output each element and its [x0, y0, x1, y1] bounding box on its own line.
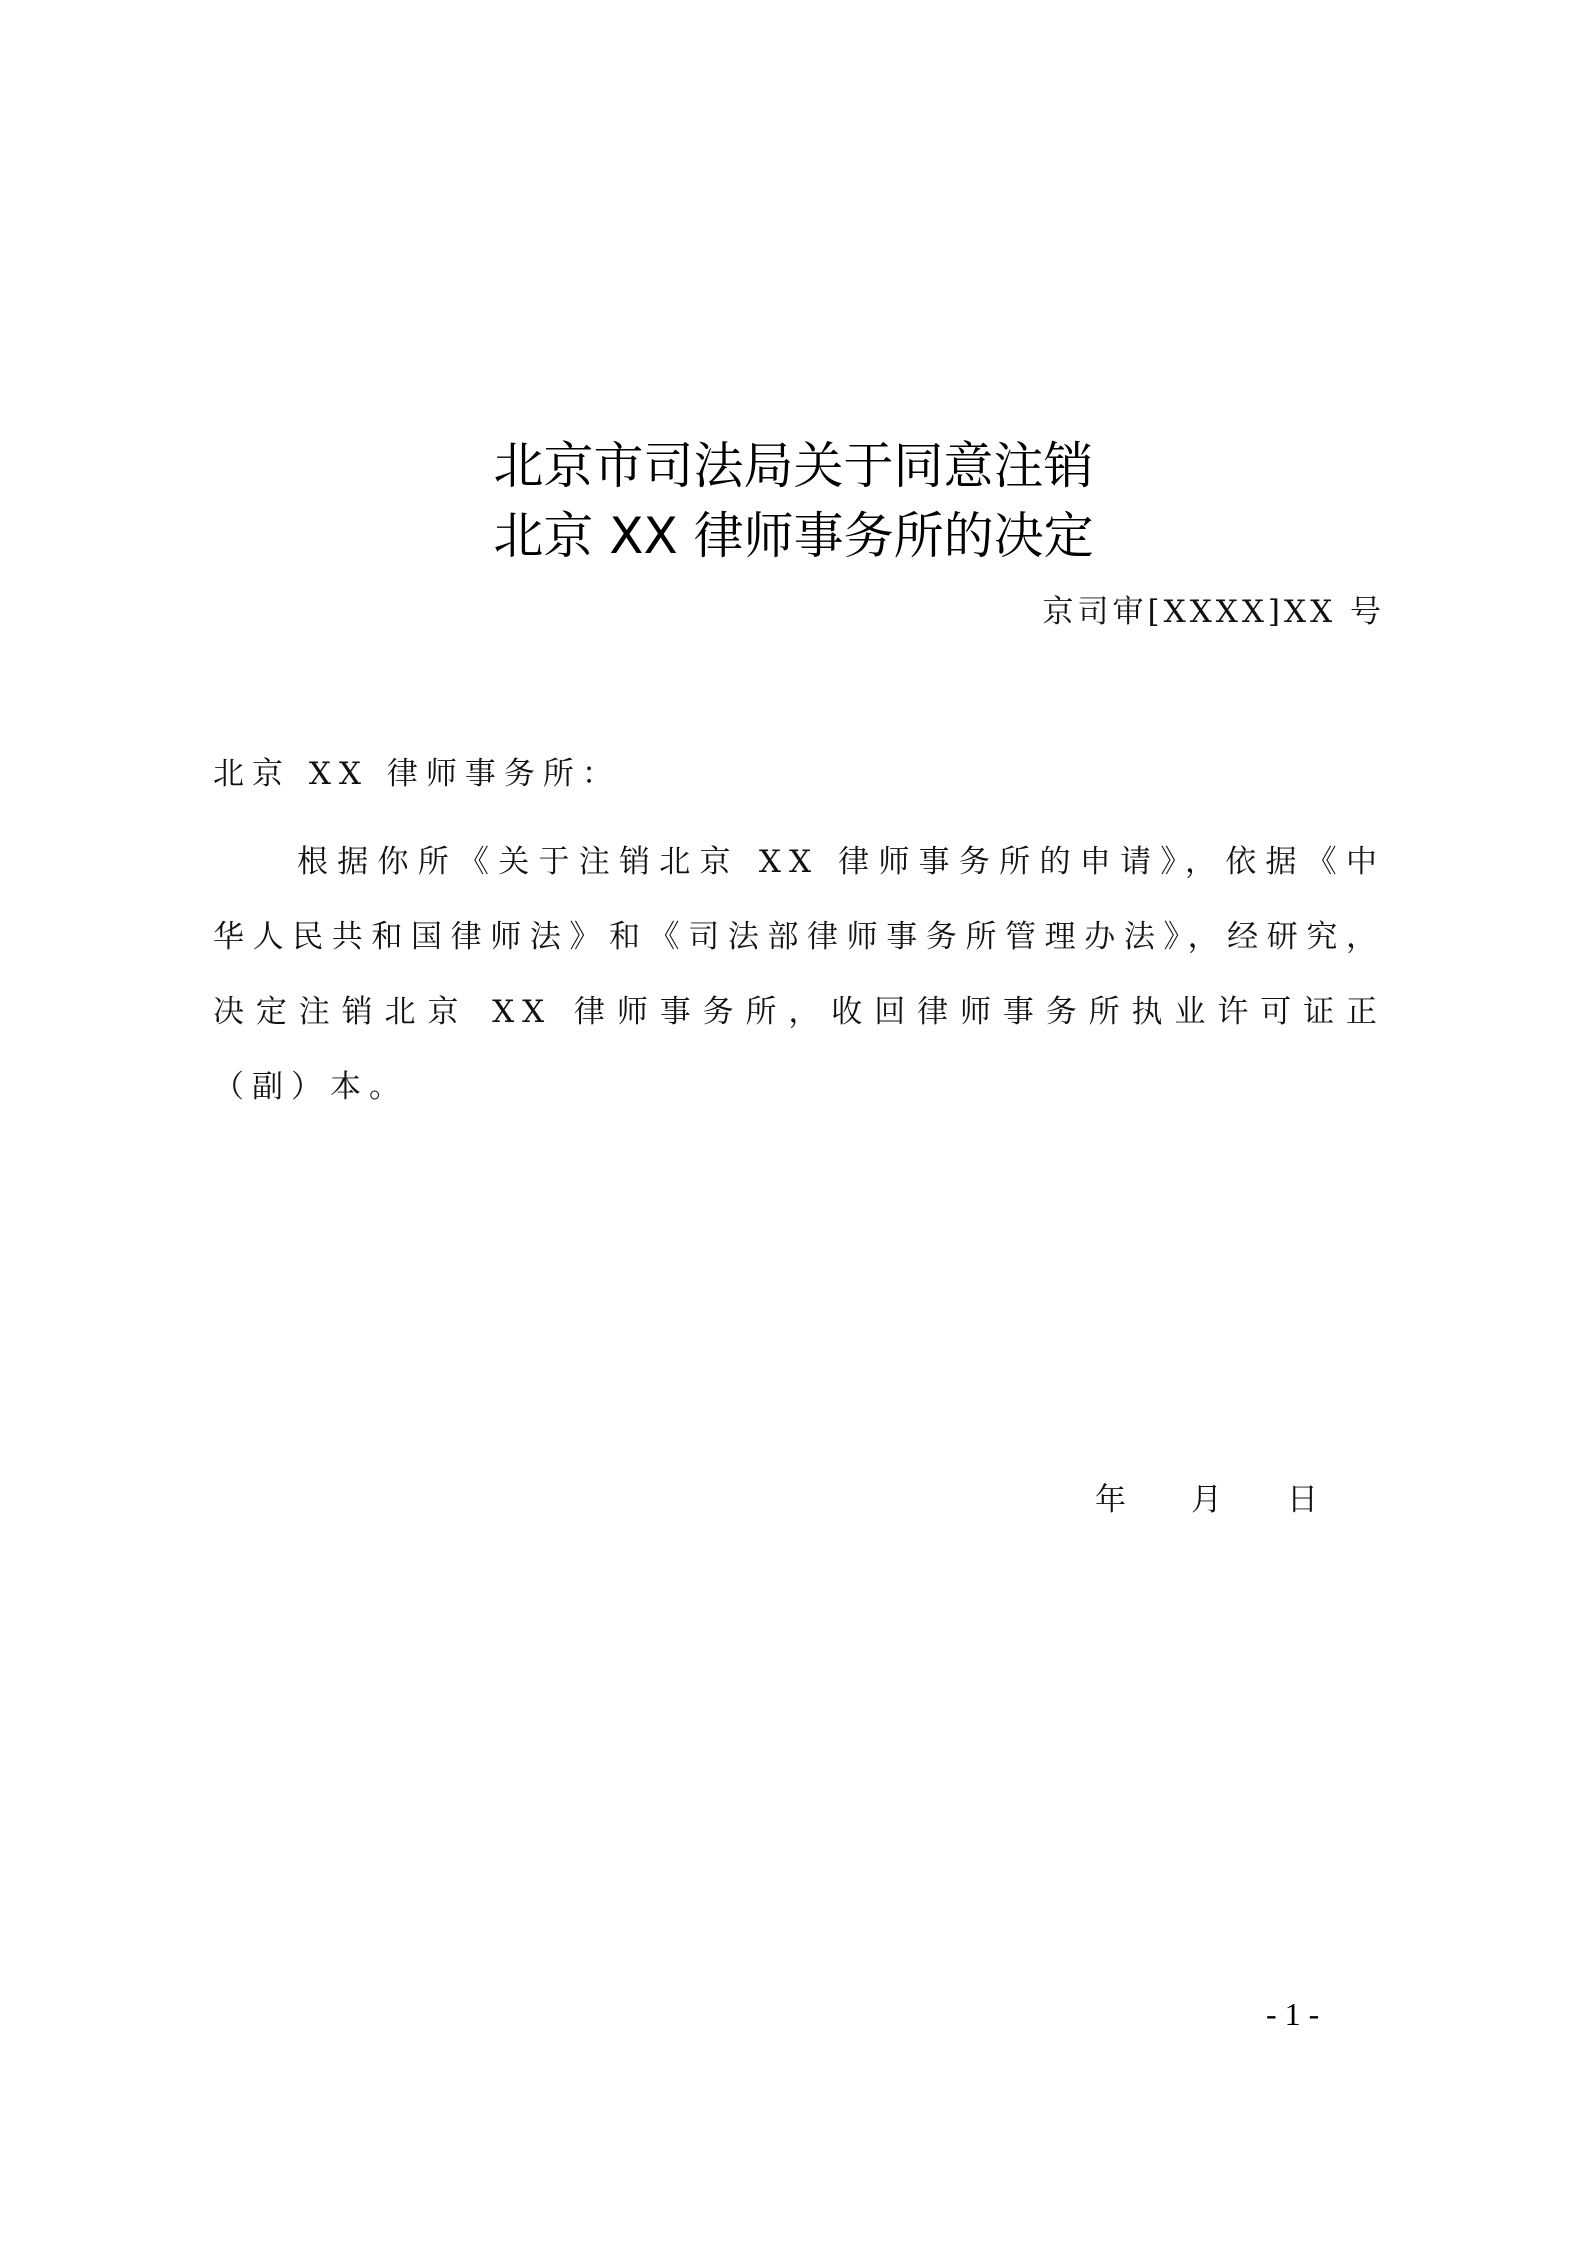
date-day-label: 日 [1287, 1478, 1318, 1522]
body-paragraph: 根据你所《关于注销北京 XX 律师事务所的申请》，依据《中华人民共和国律师法》和… [213, 825, 1385, 1125]
date-year-label: 年 [1095, 1478, 1126, 1522]
document-title-line-1: 北京市司法局关于同意注销 [0, 432, 1587, 500]
document-number: 京司审[XXXX]XX 号 [1043, 590, 1385, 634]
document-title-line-2: 北京 XX 律师事务所的决定 [0, 502, 1587, 570]
document-page: 北京市司法局关于同意注销 北京 XX 律师事务所的决定 京司审[XXXX]XX … [0, 0, 1587, 2245]
page-number: - 1 - [1266, 1992, 1319, 2036]
date-month-label: 月 [1191, 1478, 1222, 1522]
date-line: 年月日 [1095, 1478, 1318, 1522]
addressee: 北京 XX 律师事务所： [213, 752, 1385, 796]
